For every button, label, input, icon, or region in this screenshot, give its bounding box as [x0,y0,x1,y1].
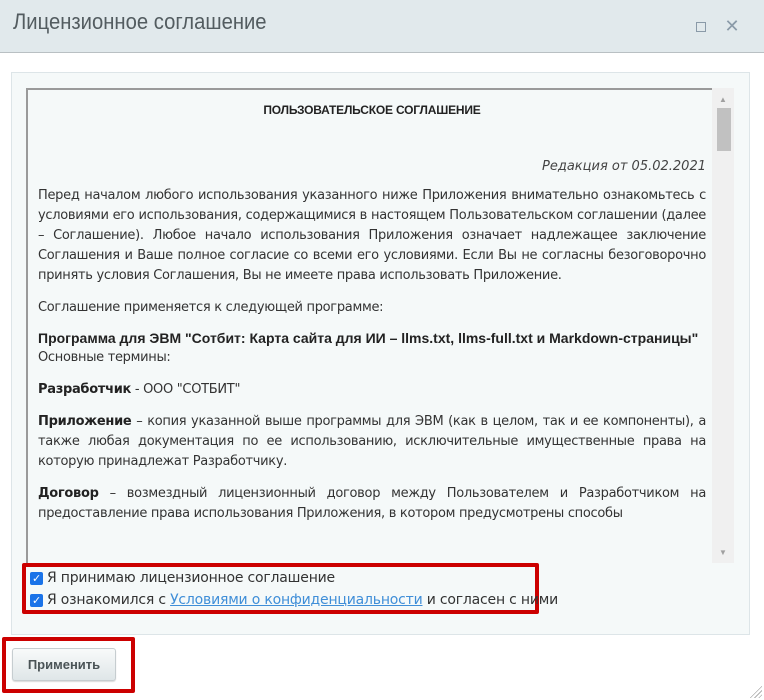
maximize-button[interactable] [692,16,710,36]
maximize-icon [696,22,706,32]
license-document: ПОЛЬЗОВАТЕЛЬСКОЕ СОГЛАШЕНИЕ Редакция от … [38,90,706,524]
privacy-label-after: и согласен с ними [422,590,558,610]
term-contract-def: – возмездный лицензионный договор между … [38,486,706,521]
document-program: Программа для ЭВМ "Сотбит: Карта сайта д… [38,330,706,346]
term-developer-def: - ООО "СОТБИТ" [131,382,240,397]
privacy-label-before: Я ознакомился с [47,590,170,610]
document-heading: ПОЛЬЗОВАТЕЛЬСКОЕ СОГЛАШЕНИЕ [38,100,706,120]
term-app: Приложение – копия указанной выше програ… [38,412,706,472]
document-applies-to: Соглашение применяется к следующей прогр… [38,298,706,318]
term-developer: Разработчик - ООО "СОТБИТ" [38,380,706,400]
privacy-terms-link[interactable]: Условиями о конфиденциальности [170,590,422,610]
close-icon: ✕ [724,16,739,36]
term-developer-name: Разработчик [38,382,131,397]
scroll-up-arrow-icon[interactable]: ▲ [712,92,734,108]
dialog-titlebar: Лицензионное соглашение ✕ [0,0,764,53]
vertical-scrollbar[interactable]: ▲ ▼ [712,88,734,563]
apply-button[interactable]: Применить [12,648,116,681]
privacy-consent-checkbox[interactable]: ✓ [30,594,43,607]
scroll-down-arrow-icon[interactable]: ▼ [712,545,734,561]
resize-grip-icon[interactable] [748,684,762,698]
close-button[interactable]: ✕ [723,16,741,36]
accept-license-checkbox[interactable]: ✓ [30,572,43,585]
term-contract: Договор – возмездный лицензионный догово… [38,484,706,524]
accept-license-label[interactable]: Я принимаю лицензионное соглашение [47,568,335,588]
document-edition: Редакция от 05.02.2021 [38,157,706,177]
accept-license-row[interactable]: ✓ Я принимаю лицензионное соглашение [30,568,335,588]
scroll-thumb[interactable] [717,108,731,151]
privacy-consent-row[interactable]: ✓ Я ознакомился с Условиями о конфиденци… [30,590,558,610]
term-app-def: – копия указанной выше программы для ЭВМ… [38,414,706,469]
dialog-title: Лицензионное соглашение [13,9,267,35]
license-text-area[interactable]: ПОЛЬЗОВАТЕЛЬСКОЕ СОГЛАШЕНИЕ Редакция от … [26,88,734,563]
term-contract-name: Договор [38,486,99,501]
document-terms-heading: Основные термины: [38,348,706,368]
term-app-name: Приложение [38,414,131,429]
document-intro: Перед началом любого использования указа… [38,186,706,286]
